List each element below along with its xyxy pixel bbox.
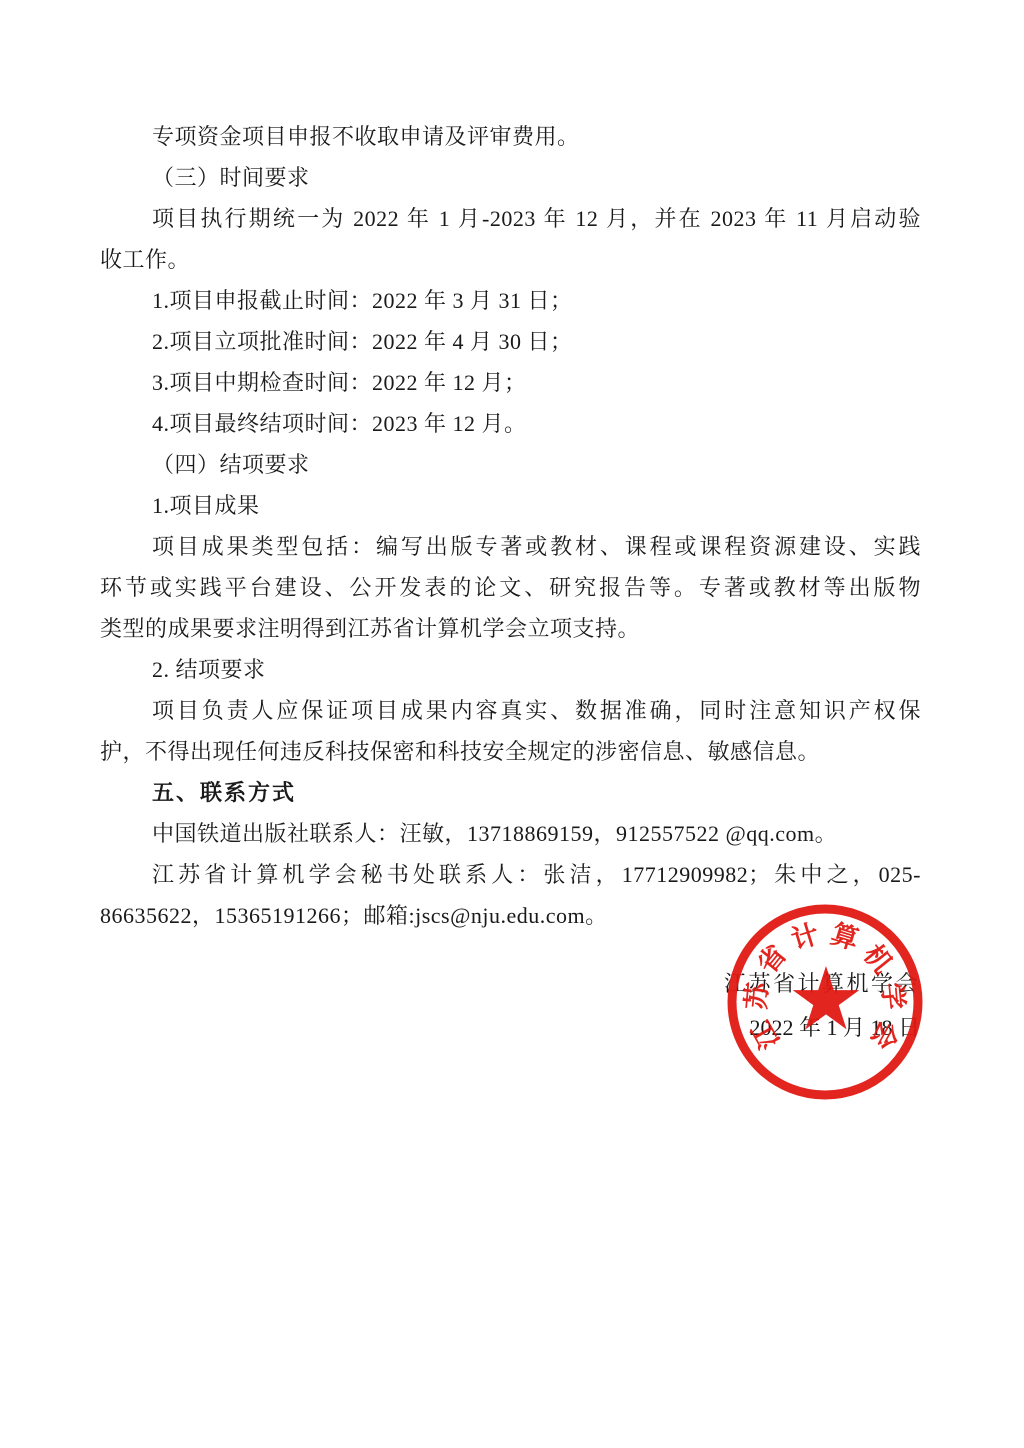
signature-block: 江苏省计算机学会 2022 年 1 月 18 日 (724, 962, 920, 1050)
doc-line: 2. 结项要求 (100, 649, 921, 690)
doc-line: 环节或实践平台建设、公开发表的论文、研究报告等。专著或教材等出版物 (100, 567, 921, 608)
doc-line: 护，不得出现任何违反科技保密和科技安全规定的涉密信息、敏感信息。 (100, 731, 921, 772)
document-body: 专项资金项目申报不收取申请及评审费用。 （三）时间要求 项目执行期统一为 202… (100, 116, 921, 936)
doc-line: 4.项目最终结项时间：2023 年 12 月。 (100, 403, 921, 444)
doc-line: 2.项目立项批准时间：2022 年 4 月 30 日； (100, 321, 921, 362)
signature-date: 2022 年 1 月 18 日 (724, 1006, 920, 1050)
contact-line-society: 江苏省计算机学会秘书处联系人：张洁，17712909982；朱中之，025- (100, 854, 921, 895)
doc-line: 收工作。 (100, 239, 921, 280)
signature-org: 江苏省计算机学会 (724, 962, 920, 1006)
doc-line: 专项资金项目申报不收取申请及评审费用。 (100, 116, 921, 157)
doc-line: （三）时间要求 (100, 157, 921, 198)
section-heading-contact: 五、联系方式 (100, 772, 921, 813)
contact-line-society-cont: 86635622，15365191266；邮箱:jscs@nju.edu.com… (100, 895, 921, 936)
doc-line: 1.项目申报截止时间：2022 年 3 月 31 日； (100, 280, 921, 321)
doc-line: 1.项目成果 (100, 485, 921, 526)
doc-line: 3.项目中期检查时间：2022 年 12 月； (100, 362, 921, 403)
doc-line: 项目负责人应保证项目成果内容真实、数据准确，同时注意知识产权保 (100, 690, 921, 731)
doc-line: 项目成果类型包括：编写出版专著或教材、课程或课程资源建设、实践 (100, 526, 921, 567)
doc-line: （四）结项要求 (100, 444, 921, 485)
document-page: { "document": { "lines": [ {"text": "专项资… (0, 0, 1024, 1448)
doc-line: 项目执行期统一为 2022 年 1 月-2023 年 12 月，并在 2023 … (100, 198, 921, 239)
doc-line: 类型的成果要求注明得到江苏省计算机学会立项支持。 (100, 608, 921, 649)
contact-line-press: 中国铁道出版社联系人：汪敏，13718869159，912557522 @qq.… (100, 813, 921, 854)
